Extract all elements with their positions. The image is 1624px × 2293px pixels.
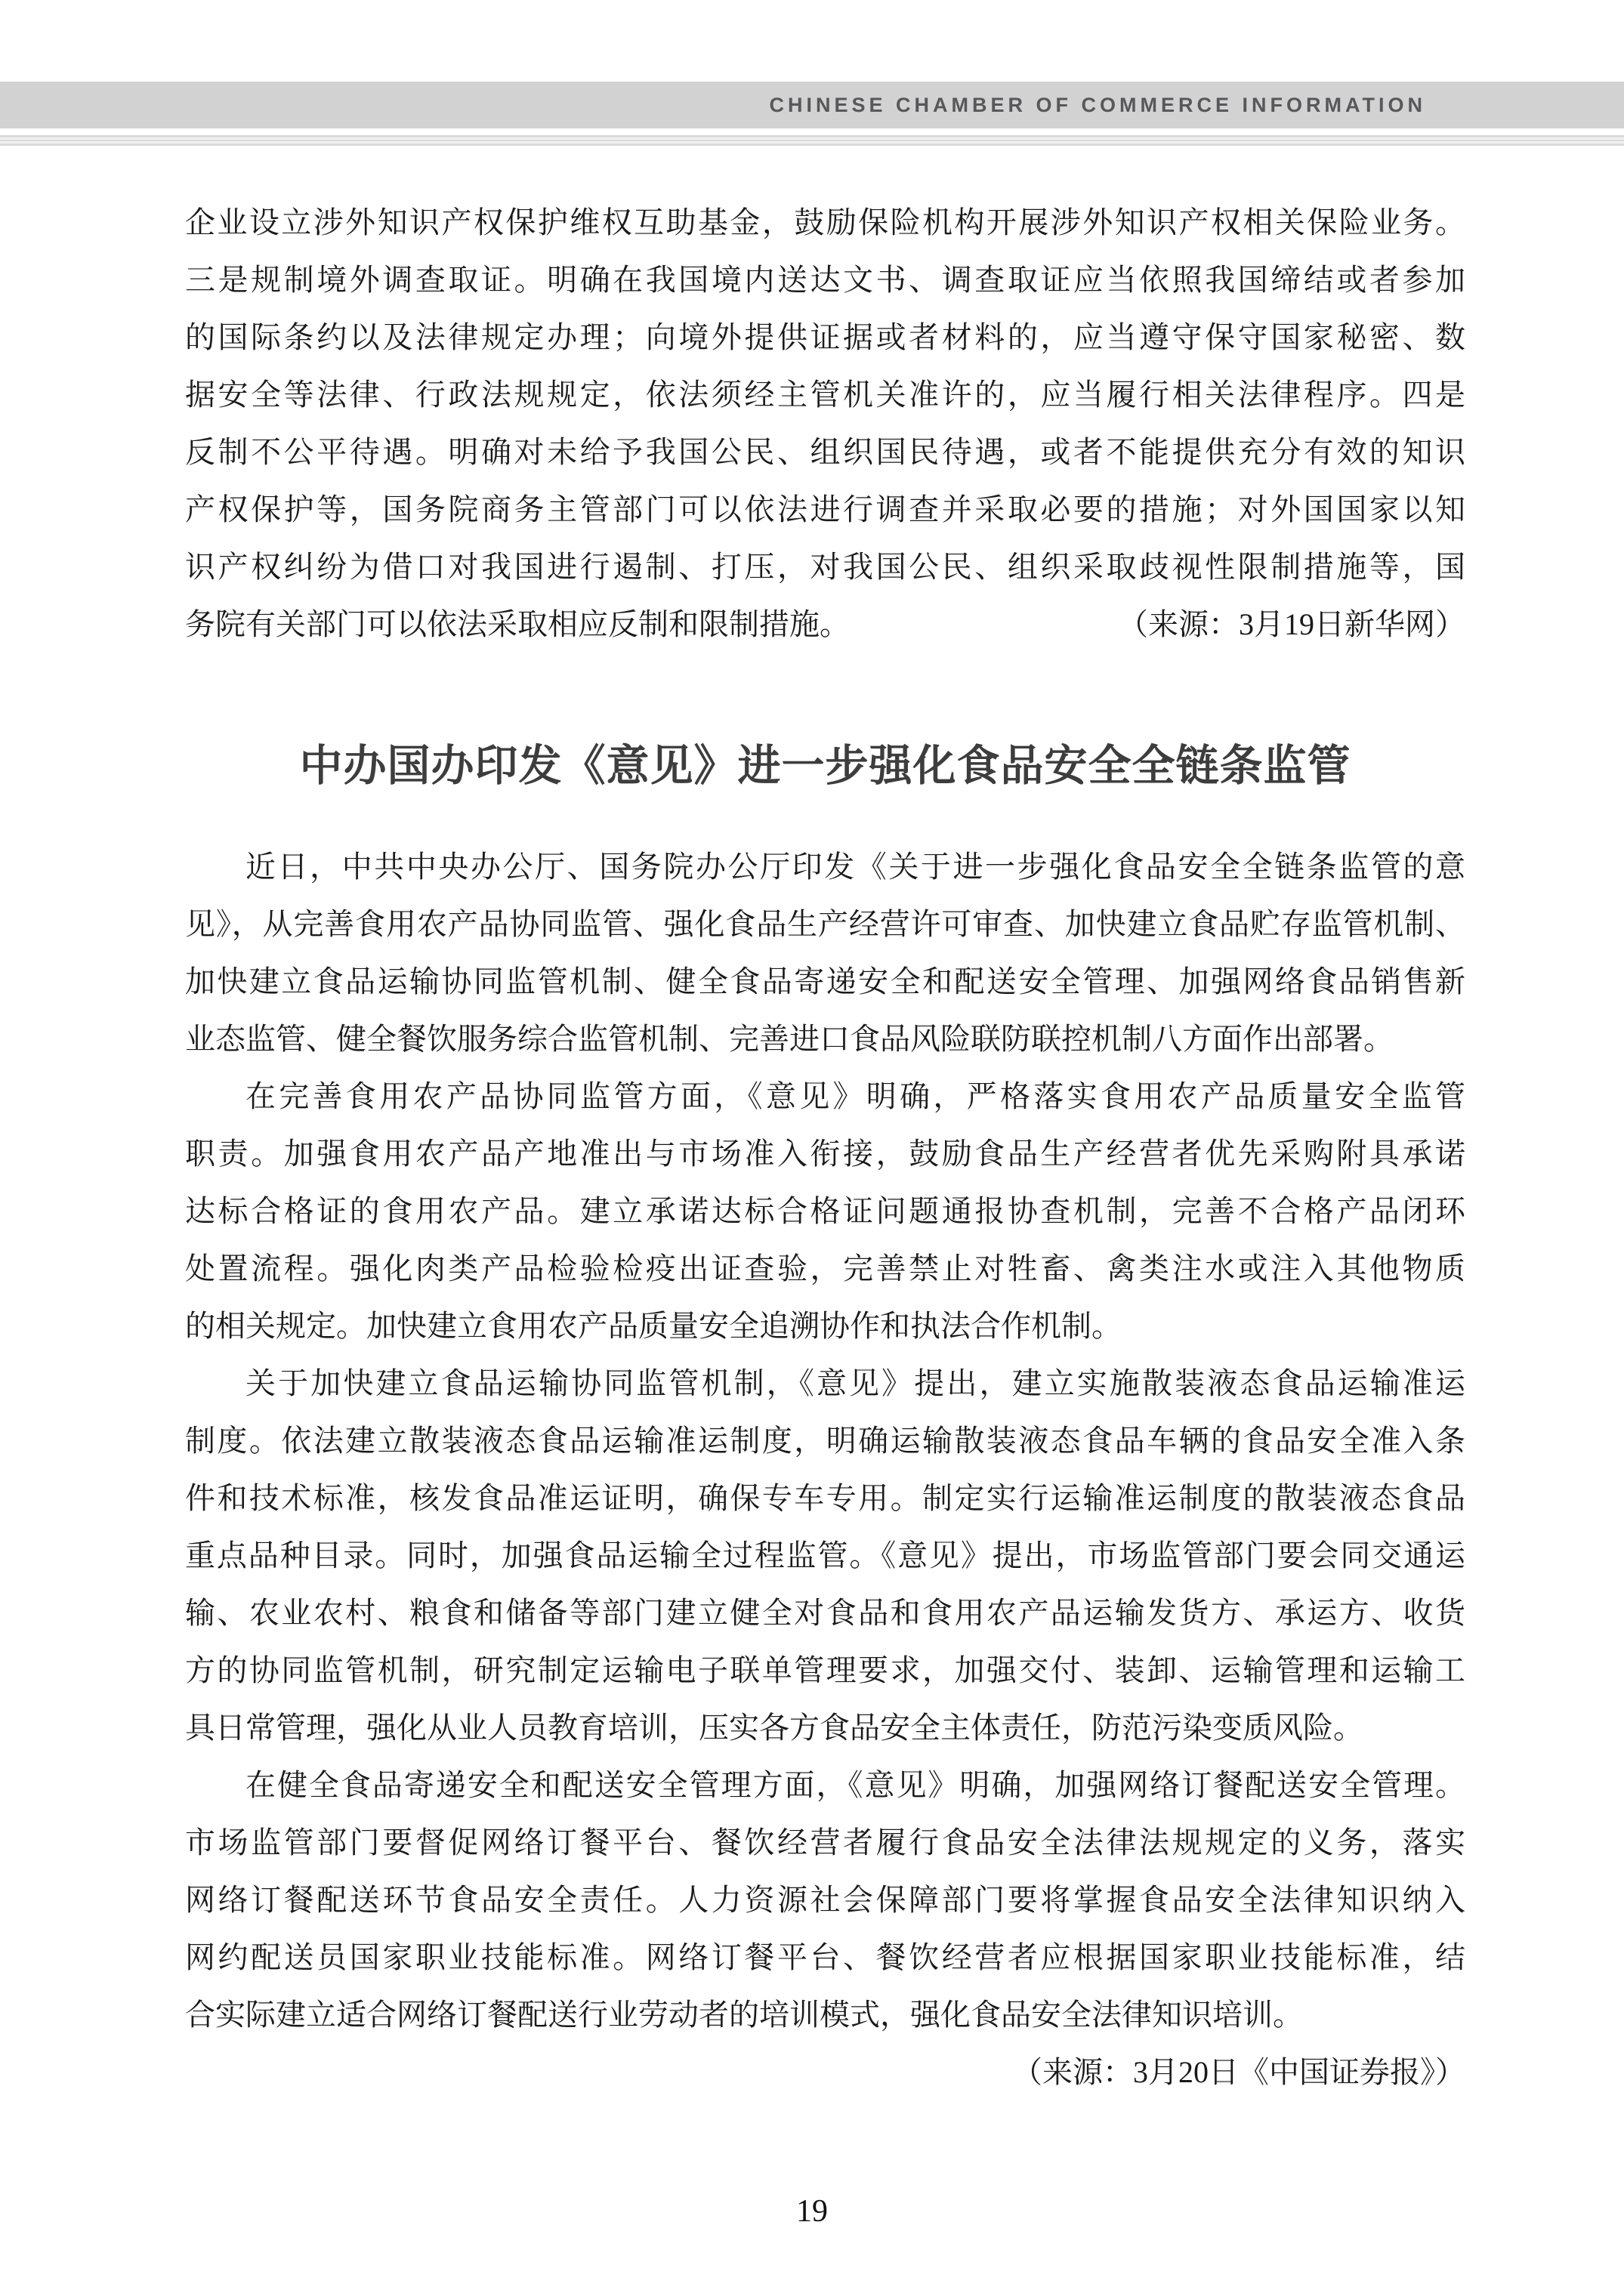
text-line: 业态监管、健全餐饮服务综合监管机制、完善进口食品风险联防联控机制八方面作出部署。	[185, 1011, 1465, 1068]
text-line: 见》，从完善食用农产品协同监管、强化食品生产经营许可审查、加快建立食品贮存监管机…	[185, 896, 1465, 953]
document-page: CHINESE CHAMBER OF COMMERCE INFORMATION …	[0, 0, 1624, 2293]
header-banner-text: CHINESE CHAMBER OF COMMERCE INFORMATION	[770, 94, 1624, 117]
page-number: 19	[0, 2189, 1624, 2234]
prev-article-source: （来源：3月19日新华网）	[1118, 596, 1465, 653]
text-line: 方的协同监管机制，研究制定运输电子联单管理要求，加强交付、装卸、运输管理和运输工	[185, 1642, 1465, 1699]
prev-article-lines: 企业设立涉外知识产权保护维权互助基金，鼓励保险机构开展涉外知识产权相关保险业务。…	[185, 194, 1465, 596]
text-line: 件和技术标准，核发食品准运证明，确保专车专用。制定实行运输准运制度的散装液态食品	[185, 1470, 1465, 1527]
header-divider-stripes	[0, 135, 1624, 146]
text-line: 处置流程。强化肉类产品检验检疫出证查验，完善禁止对牲畜、禽类注水或注入其他物质	[185, 1240, 1465, 1298]
prev-article-last-line: 务院有关部门可以依法采取相应反制和限制措施。 （来源：3月19日新华网）	[185, 596, 1465, 653]
text-line: 反制不公平待遇。明确对未给予我国公民、组织国民待遇，或者不能提供充分有效的知识	[185, 424, 1465, 481]
text-line: 在完善食用农产品协同监管方面，《意见》明确，严格落实食用农产品质量安全监管	[185, 1068, 1465, 1125]
text-line: 的相关规定。加快建立食用农产品质量安全追溯协作和执法合作机制。	[185, 1298, 1465, 1355]
prev-article-last-text: 务院有关部门可以依法采取相应反制和限制措施。	[185, 596, 850, 653]
text-line: 网络订餐配送环节食品安全责任。人力资源社会保障部门要将掌握食品安全法律知识纳入	[185, 1872, 1465, 1929]
text-line: 达标合格证的食用农产品。建立承诺达标合格证问题通报协查机制，完善不合格产品闭环	[185, 1183, 1465, 1240]
text-line: 三是规制境外调查取证。明确在我国境内送达文书、调查取证应当依照我国缔结或者参加	[185, 252, 1465, 309]
text-line: 市场监管部门要督促网络订餐平台、餐饮经营者履行食品安全法律法规规定的义务，落实	[185, 1814, 1465, 1872]
text-line: 识产权纠纷为借口对我国进行遏制、打压，对我国公民、组织采取歧视性限制措施等，国	[185, 539, 1465, 596]
text-line: 具日常管理，强化从业人员教育培训，压实各方食品安全主体责任，防范污染变质风险。	[185, 1699, 1465, 1757]
text-line: 重点品种目录。同时，加强食品运输全过程监管。《意见》提出，市场监管部门要会同交通…	[185, 1527, 1465, 1585]
article-lines: 近日，中共中央办公厅、国务院办公厅印发《关于进一步强化食品安全全链条监管的意见》…	[185, 838, 1465, 2044]
article-title: 中办国办印发《意见》进一步强化食品安全全链条监管	[185, 734, 1465, 798]
article-body: 近日，中共中央办公厅、国务院办公厅印发《关于进一步强化食品安全全链条监管的意见》…	[185, 838, 1465, 2101]
header-bar: CHINESE CHAMBER OF COMMERCE INFORMATION	[0, 82, 1624, 128]
text-line: 合实际建立适合网络订餐配送行业劳动者的培训模式，强化食品安全法律知识培训。	[185, 1986, 1465, 2044]
text-line: 产权保护等，国务院商务主管部门可以依法进行调查并采取必要的措施；对外国国家以知	[185, 481, 1465, 539]
text-line: 输、农业农村、粮食和储备等部门建立健全对食品和食用农产品运输发货方、承运方、收货	[185, 1585, 1465, 1642]
text-line: 制度。依法建立散装液态食品运输准运制度，明确运输散装液态食品车辆的食品安全准入条	[185, 1412, 1465, 1470]
text-line: 网约配送员国家职业技能标准。网络订餐平台、餐饮经营者应根据国家职业技能标准，结	[185, 1929, 1465, 1986]
article-source: （来源：3月20日《中国证券报》）	[185, 2044, 1465, 2101]
text-line: 加快建立食品运输协同监管机制、健全食品寄递安全和配送安全管理、加强网络食品销售新	[185, 953, 1465, 1011]
prev-article-body: 企业设立涉外知识产权保护维权互助基金，鼓励保险机构开展涉外知识产权相关保险业务。…	[185, 194, 1465, 653]
text-line: 的国际条约以及法律规定办理；向境外提供证据或者材料的，应当遵守保守国家秘密、数	[185, 309, 1465, 366]
text-line: 关于加快建立食品运输协同监管机制，《意见》提出，建立实施散装液态食品运输准运	[185, 1355, 1465, 1412]
text-line: 企业设立涉外知识产权保护维权互助基金，鼓励保险机构开展涉外知识产权相关保险业务。	[185, 194, 1465, 252]
text-line: 职责。加强食用农产品产地准出与市场准入衔接，鼓励食品生产经营者优先采购附具承诺	[185, 1125, 1465, 1183]
text-line: 近日，中共中央办公厅、国务院办公厅印发《关于进一步强化食品安全全链条监管的意	[185, 838, 1465, 896]
text-line: 据安全等法律、行政法规规定，依法须经主管机关准许的，应当履行相关法律程序。四是	[185, 366, 1465, 424]
text-line: 在健全食品寄递安全和配送安全管理方面，《意见》明确，加强网络订餐配送安全管理。	[185, 1757, 1465, 1814]
